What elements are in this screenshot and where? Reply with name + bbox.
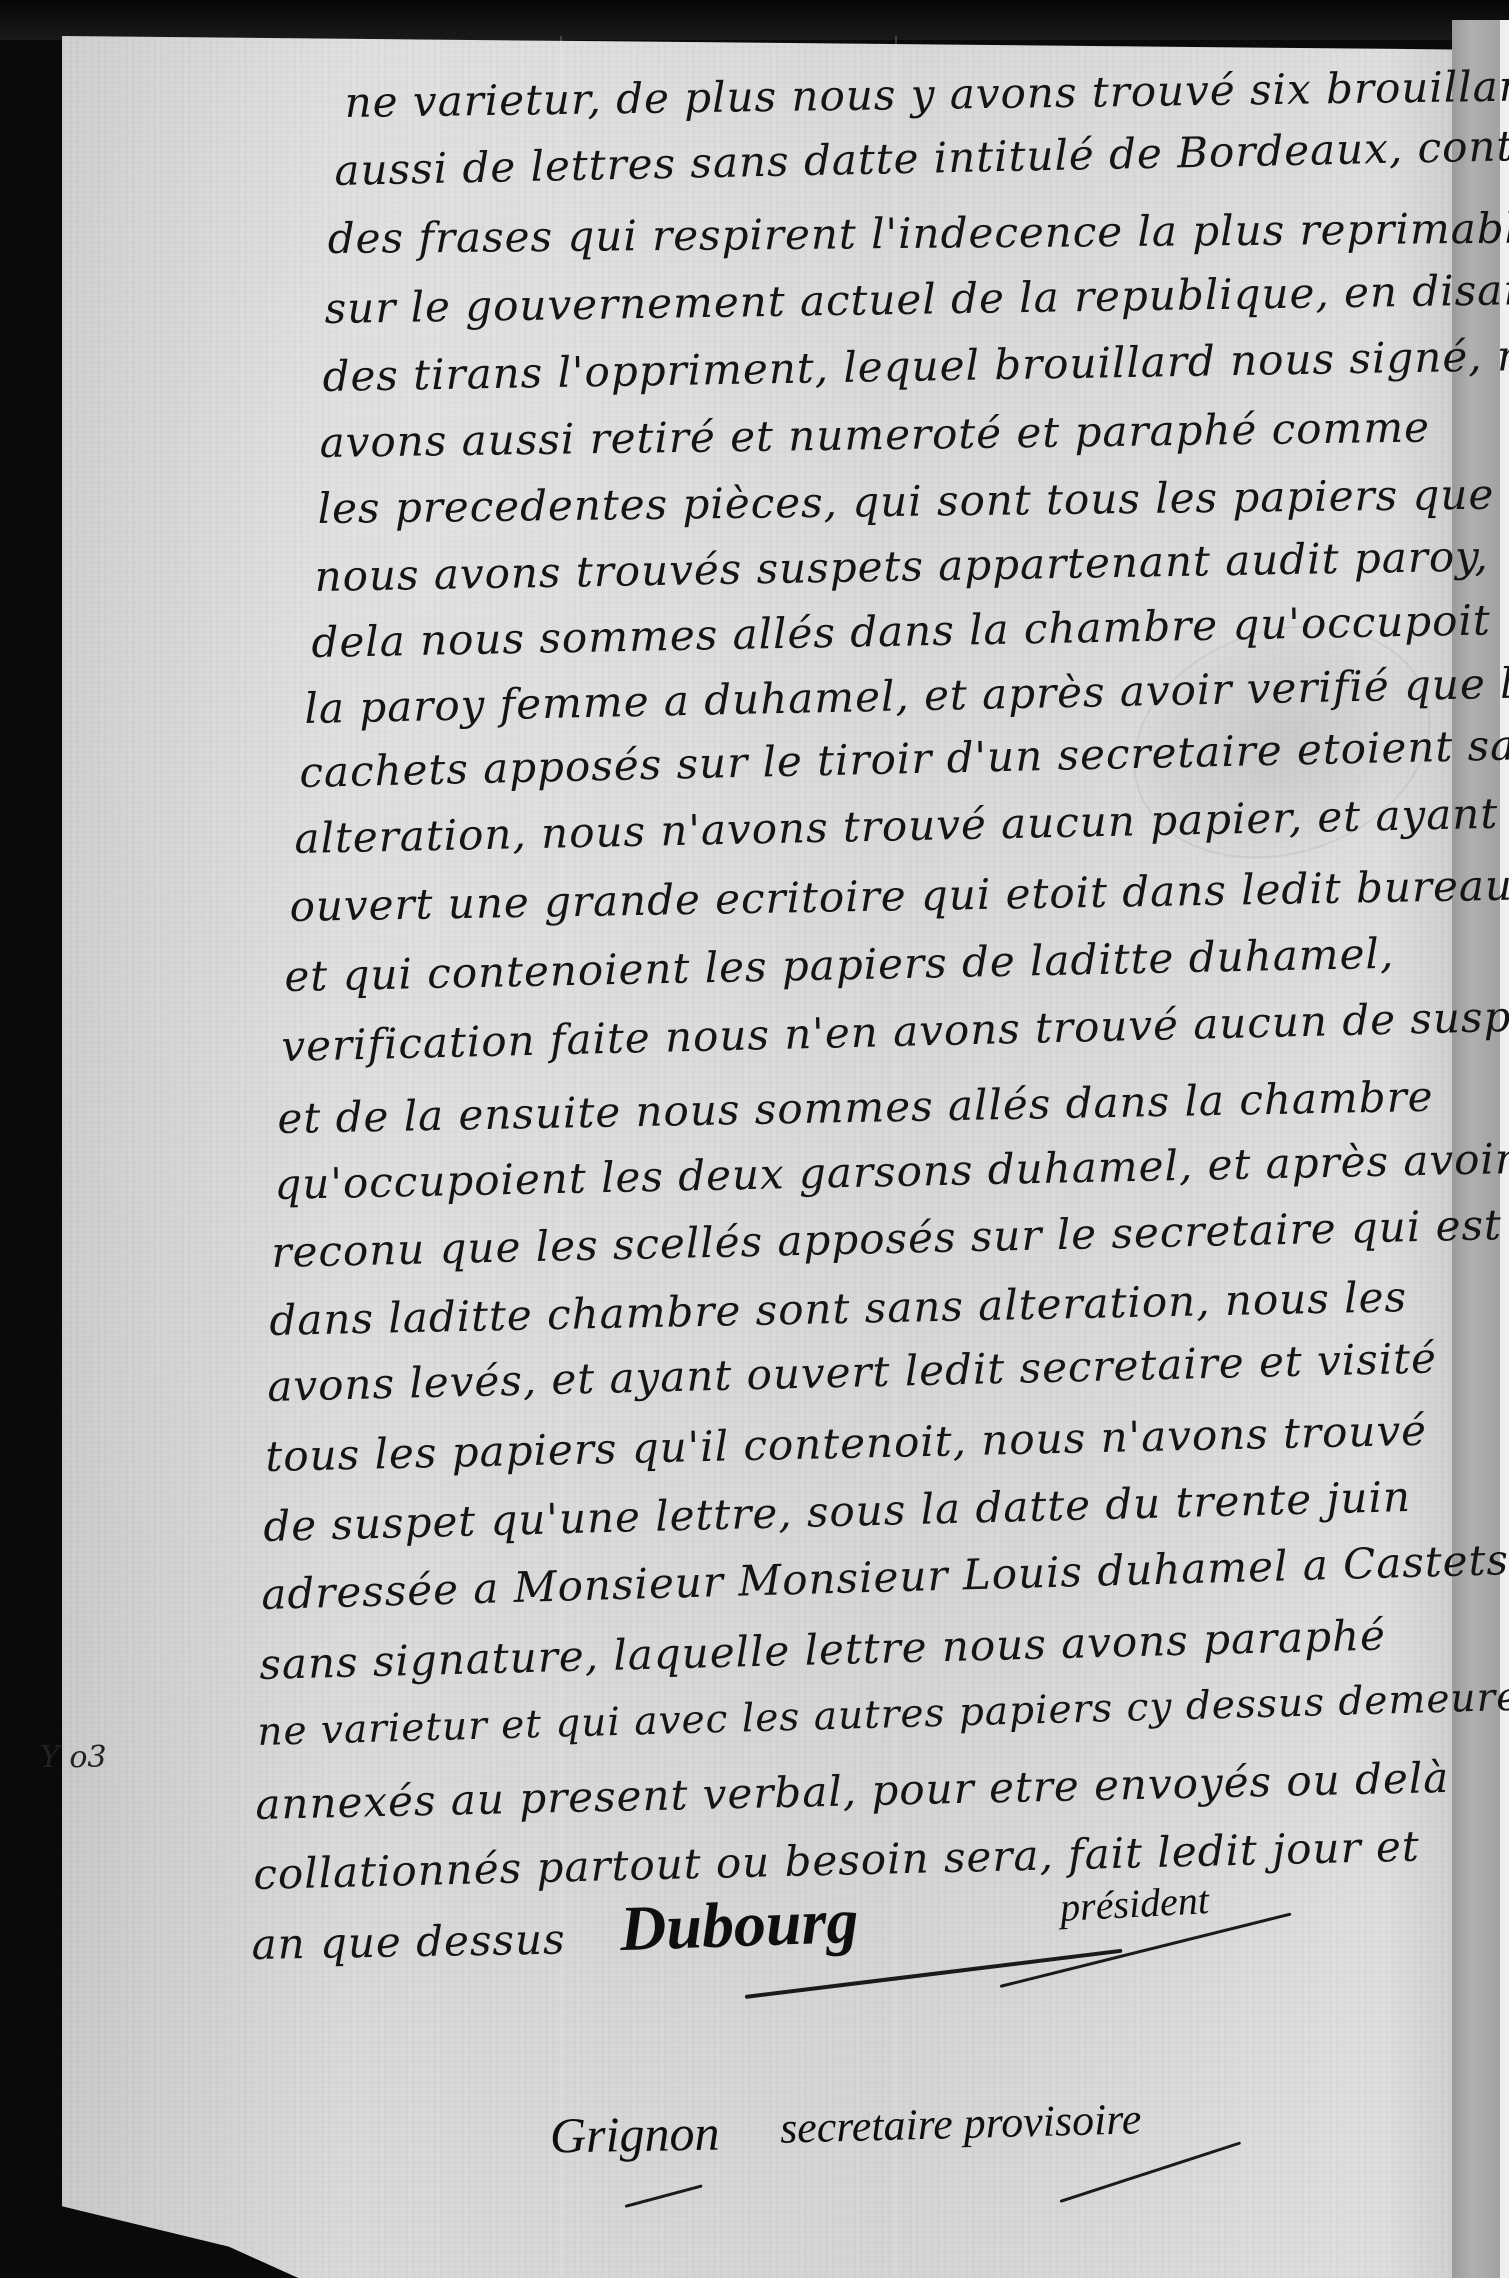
- signature-title: président: [1059, 1876, 1210, 1931]
- signature-name: Dubourg: [619, 1884, 860, 1966]
- signature-name: Grignon: [550, 2104, 720, 2165]
- signature-title: secretaire provisoire: [779, 2093, 1141, 2153]
- text-line: des frases qui respirent l'indecence la …: [328, 203, 1509, 263]
- scan-top-border: [0, 0, 1509, 40]
- text-line: an que dessus: [251, 1915, 566, 1969]
- margin-note: Y o3: [40, 1740, 107, 1775]
